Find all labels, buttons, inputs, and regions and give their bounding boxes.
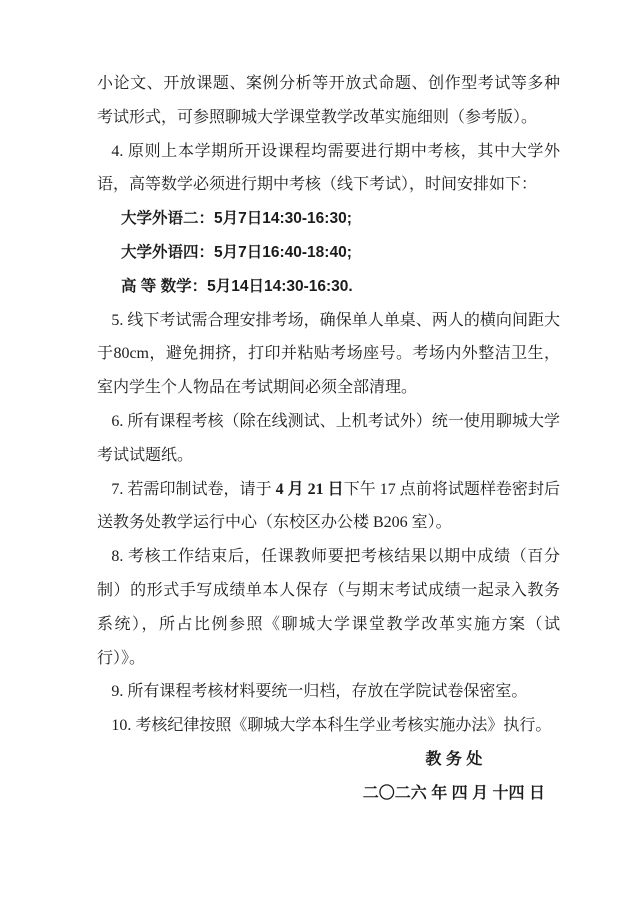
item-7-prefix: 7. 若需印制试卷，请于	[111, 481, 275, 498]
schedule-line-college-english-4: 大学外语四：5月7日16:40-18:40;	[121, 236, 560, 270]
signature-date: 二〇二六 年 四 月 十四 日	[363, 777, 545, 811]
signature-department: 教 务 处	[363, 743, 545, 777]
schedule-line-college-english-2: 大学外语二：5月7日14:30-16:30;	[121, 202, 560, 236]
item-8-grade-recording: 8. 考核工作结束后，任课教师要把考核结果以期中成绩（百分制）的形式手写成绩单本…	[97, 540, 560, 675]
item-9-archiving: 9. 所有课程考核材料要统一归档，存放在学院试卷保密室。	[97, 675, 560, 709]
paragraph-continuation: 小论文、开放课题、案例分析等开放式命题、创作型考试等多种考试形式，可参照聊城大学…	[97, 67, 560, 135]
item-7-deadline-date: 4 月 21 日	[276, 481, 344, 498]
item-10-discipline: 10. 考核纪律按照《聊城大学本科生学业考核实施办法》执行。	[97, 709, 560, 743]
item-7-printing-deadline: 7. 若需印制试卷，请于 4 月 21 日下午 17 点前将试题样卷密封后送教务…	[97, 473, 560, 541]
document-page: 小论文、开放课题、案例分析等开放式命题、创作型考试等多种考试形式，可参照聊城大学…	[0, 0, 640, 905]
item-6-exam-paper-rule: 6. 所有课程考核（除在线测试、上机考试外）统一使用聊城大学考试试题纸。	[97, 405, 560, 473]
item-5-exam-room-rules: 5. 线下考试需合理安排考场，确保单人单桌、两人的横向间距大于80cm，避免拥挤…	[97, 304, 560, 405]
schedule-line-advanced-math: 高 等 数学：5月14日14:30-16:30.	[121, 270, 560, 304]
item-4-midterm-requirement: 4. 原则上本学期所开设课程均需要进行期中考核，其中大学外语，高等数学必须进行期…	[97, 135, 560, 203]
signature-block: 教 务 处 二〇二六 年 四 月 十四 日	[363, 743, 545, 811]
